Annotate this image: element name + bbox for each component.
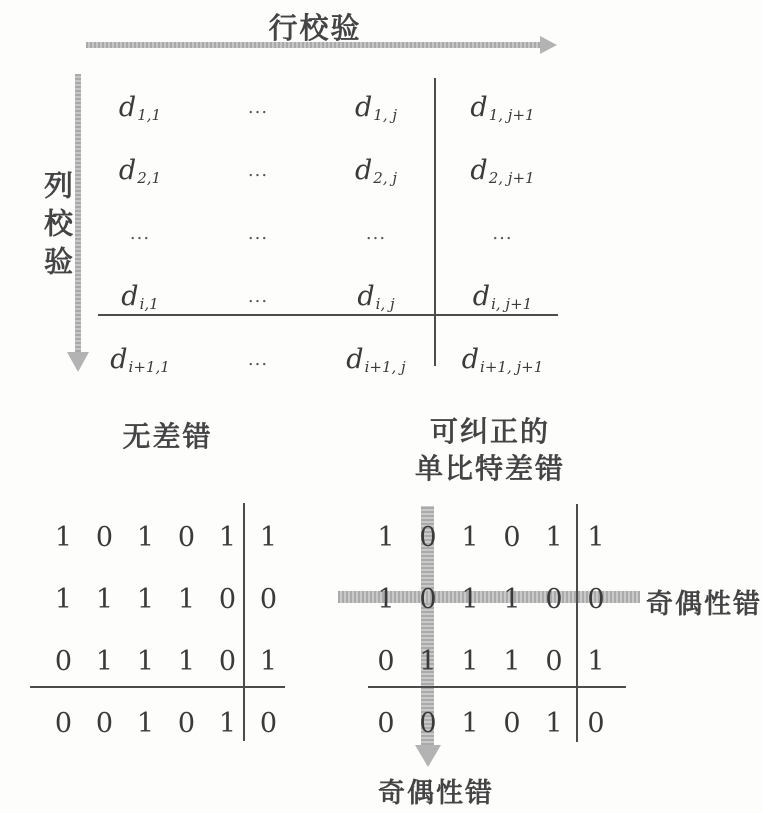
bit-cell: 1 bbox=[248, 630, 289, 692]
bit-cell: 1 bbox=[365, 568, 407, 630]
matrix-cell: d1,1 bbox=[81, 76, 199, 139]
bit-cell: 1 bbox=[125, 692, 166, 754]
no-error-bit-matrix: 1 0 1 0 1 1 1 1 1 1 0 0 0 1 1 1 0 1 0 0 … bbox=[43, 506, 289, 754]
bit-cell: 1 bbox=[491, 568, 533, 630]
bit-cell: 1 bbox=[207, 506, 248, 568]
bit-cell: 1 bbox=[166, 630, 207, 692]
bit-cell: 1 bbox=[84, 568, 125, 630]
bit-cell: 1 bbox=[125, 568, 166, 630]
bit-cell: 1 bbox=[84, 630, 125, 692]
bit-cell: 0 bbox=[365, 692, 407, 754]
matrix-cell-dots: ... bbox=[199, 139, 317, 202]
bit-cell: 0 bbox=[248, 692, 289, 754]
single-bit-error-row-separator-line bbox=[368, 686, 626, 688]
bit-cell: 0 bbox=[207, 568, 248, 630]
bit-cell: 1 bbox=[125, 506, 166, 568]
bit-cell: 1 bbox=[248, 506, 289, 568]
matrix-cell-dots: ... bbox=[435, 202, 570, 265]
bit-cell: 1 bbox=[207, 692, 248, 754]
matrix-cell: di, j+1 bbox=[435, 265, 570, 328]
bit-cell: 0 bbox=[84, 692, 125, 754]
bit-cell: 1 bbox=[449, 630, 491, 692]
bit-cell: 1 bbox=[125, 630, 166, 692]
bit-cell: 1 bbox=[491, 630, 533, 692]
matrix-cell: d2, j bbox=[317, 139, 435, 202]
bit-cell: 0 bbox=[248, 568, 289, 630]
symbolic-parity-matrix: d1,1 ... d1, j d1, j+1 d2,1 ... d2, j d2… bbox=[81, 76, 570, 391]
matrix-cell: di+1, j bbox=[317, 328, 435, 391]
bit-cell: 0 bbox=[166, 506, 207, 568]
bit-cell: 1 bbox=[166, 568, 207, 630]
matrix-cell: di+1, j+1 bbox=[435, 328, 570, 391]
matrix-cell: d2, j+1 bbox=[435, 139, 570, 202]
matrix-cell: d1, j bbox=[317, 76, 435, 139]
bit-cell: 1 bbox=[407, 630, 449, 692]
single-bit-error-bit-matrix: 1 0 1 0 1 1 1 0 1 1 0 0 0 1 1 1 0 1 0 0 … bbox=[365, 506, 617, 754]
matrix-cell: di, j bbox=[317, 265, 435, 328]
bit-cell: 0 bbox=[491, 692, 533, 754]
row-check-title: 行校验 bbox=[230, 6, 400, 47]
bit-cell: 1 bbox=[449, 568, 491, 630]
bit-cell: 1 bbox=[575, 506, 617, 568]
row-check-arrowhead-icon bbox=[540, 36, 557, 54]
single-bit-error-column-separator-line bbox=[576, 504, 578, 742]
bit-cell: 0 bbox=[407, 692, 449, 754]
bit-cell: 1 bbox=[449, 506, 491, 568]
bit-cell: 0 bbox=[43, 692, 84, 754]
matrix-cell: d2,1 bbox=[81, 139, 199, 202]
correctable-error-title: 可纠正的单比特差错 bbox=[400, 413, 580, 487]
matrix-cell-dots: ... bbox=[199, 328, 317, 391]
matrix-cell-dots: ... bbox=[317, 202, 435, 265]
bit-cell: 1 bbox=[43, 506, 84, 568]
row-check-arrow bbox=[86, 42, 542, 48]
matrix-cell: d1, j+1 bbox=[435, 76, 570, 139]
bit-cell: 0 bbox=[43, 630, 84, 692]
bit-cell: 0 bbox=[533, 630, 575, 692]
bit-cell: 1 bbox=[533, 692, 575, 754]
bit-cell: 0 bbox=[575, 568, 617, 630]
no-error-title: 无差错 bbox=[110, 415, 225, 455]
bit-cell: 0 bbox=[84, 506, 125, 568]
bit-cell: 0 bbox=[575, 692, 617, 754]
no-error-column-separator-line bbox=[243, 503, 245, 741]
matrix-cell: di,1 bbox=[81, 265, 199, 328]
no-error-row-separator-line bbox=[30, 686, 285, 688]
parity-row-separator-line bbox=[98, 314, 558, 316]
column-check-title: 列校验 bbox=[36, 170, 77, 284]
bit-cell: 1 bbox=[449, 692, 491, 754]
bit-cell: 1 bbox=[575, 630, 617, 692]
bit-cell: 0 bbox=[533, 568, 575, 630]
bit-cell-flipped: 0 bbox=[407, 568, 449, 630]
matrix-cell-dots: ... bbox=[81, 202, 199, 265]
bit-cell: 0 bbox=[166, 692, 207, 754]
matrix-cell-dots: ... bbox=[199, 202, 317, 265]
matrix-cell-dots: ... bbox=[199, 76, 317, 139]
row-parity-error-label: 奇偶性错 bbox=[646, 582, 762, 621]
matrix-cell: di+1,1 bbox=[81, 328, 199, 391]
column-parity-error-label: 奇偶性错 bbox=[378, 771, 494, 810]
bit-cell: 1 bbox=[43, 568, 84, 630]
parity-column-separator-line bbox=[434, 78, 436, 366]
two-dimensional-parity-figure: 行校验 列校验 d1,1 ... d1, j d1, j+1 d2,1 ... … bbox=[0, 0, 762, 813]
bit-cell: 0 bbox=[407, 506, 449, 568]
bit-cell: 1 bbox=[365, 506, 407, 568]
bit-cell: 0 bbox=[491, 506, 533, 568]
bit-cell: 0 bbox=[365, 630, 407, 692]
matrix-cell-dots: ... bbox=[199, 265, 317, 328]
bit-cell: 0 bbox=[207, 630, 248, 692]
bit-cell: 1 bbox=[533, 506, 575, 568]
